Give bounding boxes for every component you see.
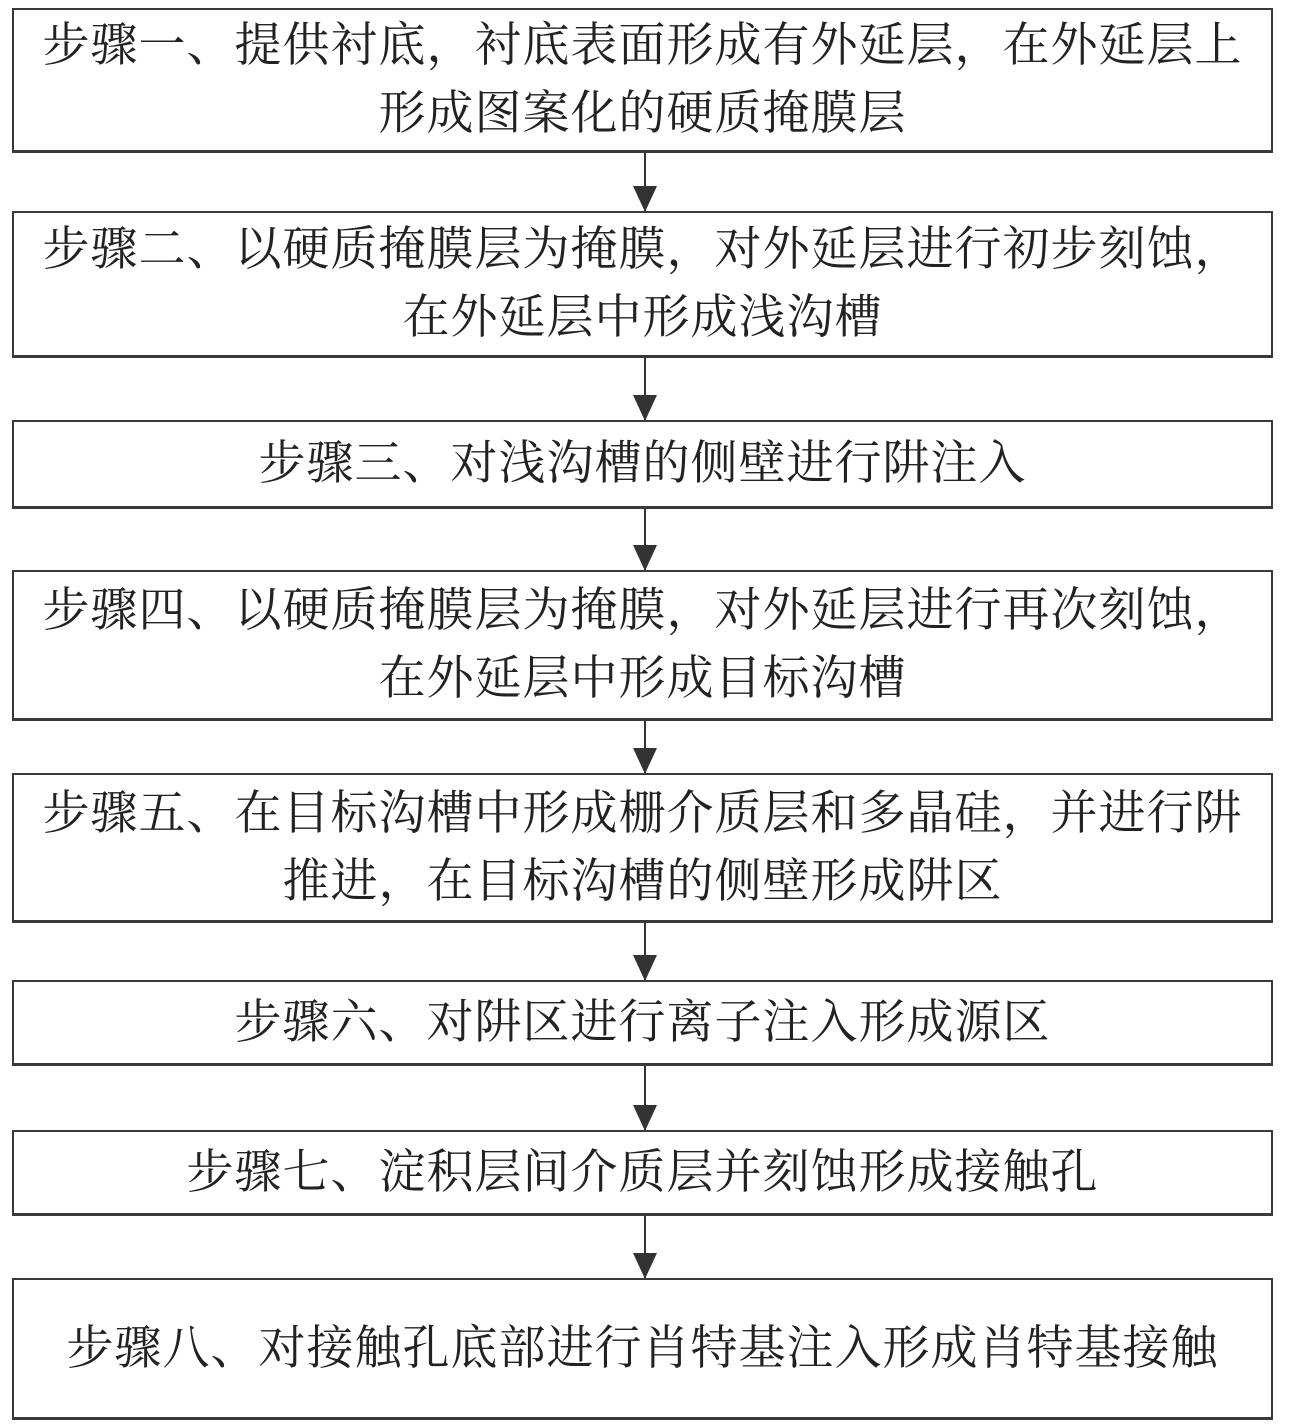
arrow-7-to-8	[644, 1216, 646, 1278]
step-4-label: 步骤四、以硬质掩膜层为掩膜，对外延层进行再次刻蚀，在外延层中形成目标沟槽	[32, 577, 1253, 713]
step-box-8: 步骤八、对接触孔底部进行肖特基注入形成肖特基接触	[12, 1278, 1273, 1420]
arrow-down-icon	[633, 748, 657, 774]
step-box-7: 步骤七、淀积层间介质层并刻蚀形成接触孔	[12, 1130, 1273, 1216]
step-5-label: 步骤五、在目标沟槽中形成栅介质层和多晶硅，并进行阱推进，在目标沟槽的侧壁形成阱区	[32, 780, 1253, 916]
arrow-down-icon	[633, 545, 657, 571]
step-2-label: 步骤二、以硬质掩膜层为掩膜，对外延层进行初步刻蚀，在外延层中形成浅沟槽	[32, 216, 1253, 352]
step-box-1: 步骤一、提供衬底，衬底表面形成有外延层，在外延层上形成图案化的硬质掩膜层	[12, 8, 1273, 153]
arrow-1-to-2	[644, 153, 646, 211]
arrow-down-icon	[633, 1105, 657, 1131]
arrow-3-to-4	[644, 509, 646, 570]
arrow-4-to-5	[644, 721, 646, 773]
step-box-2: 步骤二、以硬质掩膜层为掩膜，对外延层进行初步刻蚀，在外延层中形成浅沟槽	[12, 211, 1273, 358]
step-6-label: 步骤六、对阱区进行离子注入形成源区	[32, 989, 1253, 1057]
arrow-down-icon	[633, 955, 657, 981]
step-box-5: 步骤五、在目标沟槽中形成栅介质层和多晶硅，并进行阱推进，在目标沟槽的侧壁形成阱区	[12, 773, 1273, 923]
step-8-label: 步骤八、对接触孔底部进行肖特基注入形成肖特基接触	[32, 1315, 1253, 1383]
arrow-6-to-7	[644, 1066, 646, 1130]
arrow-2-to-3	[644, 358, 646, 420]
step-box-3: 步骤三、对浅沟槽的侧壁进行阱注入	[12, 420, 1273, 509]
step-box-6: 步骤六、对阱区进行离子注入形成源区	[12, 980, 1273, 1066]
step-7-label: 步骤七、淀积层间介质层并刻蚀形成接触孔	[32, 1139, 1253, 1207]
arrow-down-icon	[633, 1253, 657, 1279]
arrow-down-icon	[633, 186, 657, 212]
arrow-down-icon	[633, 395, 657, 421]
step-1-label: 步骤一、提供衬底，衬底表面形成有外延层，在外延层上形成图案化的硬质掩膜层	[32, 12, 1253, 148]
step-3-label: 步骤三、对浅沟槽的侧壁进行阱注入	[32, 430, 1253, 498]
arrow-5-to-6	[644, 923, 646, 980]
step-box-4: 步骤四、以硬质掩膜层为掩膜，对外延层进行再次刻蚀，在外延层中形成目标沟槽	[12, 570, 1273, 721]
